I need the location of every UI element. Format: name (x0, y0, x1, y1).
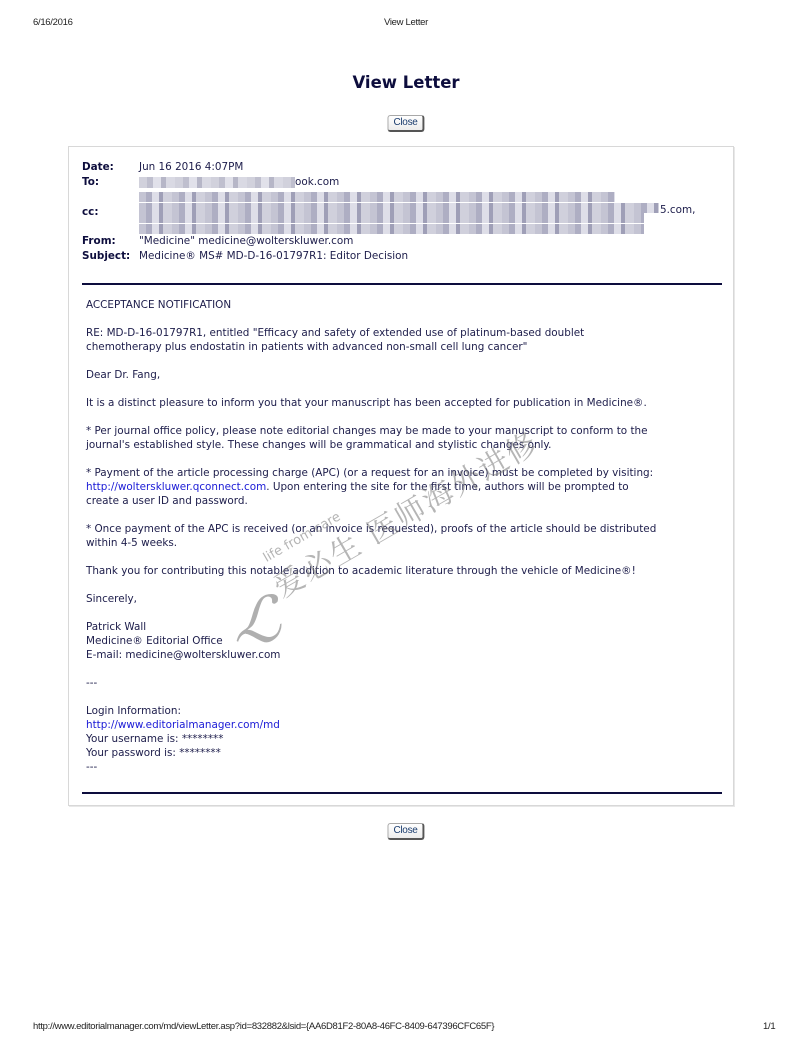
close-button-top[interactable]: Close (387, 115, 424, 132)
header-from-row: From: "Medicine" medicine@wolterskluwer.… (82, 234, 722, 249)
subject-label: Subject: (82, 249, 139, 264)
proofs-paragraph: * Once payment of the APC is received (o… (86, 522, 726, 550)
cc-value-suffix: 5.com, (660, 203, 695, 218)
login-info: Login Information: http://www.editorialm… (86, 704, 726, 774)
print-header: 6/16/2016 View Letter (0, 17, 812, 31)
header-date-row: Date: Jun 16 2016 4:07PM (82, 160, 722, 175)
separator: --- (86, 676, 726, 690)
apc-paragraph: * Payment of the article processing char… (86, 466, 726, 508)
header-divider (82, 283, 722, 285)
redacted-cc-addresses (139, 192, 659, 234)
closing: Sincerely, (86, 592, 726, 606)
footer-divider (82, 792, 722, 794)
close-button-bottom[interactable]: Close (387, 823, 424, 840)
header-subject-row: Subject: Medicine® MS# MD-D-16-01797R1: … (82, 249, 722, 264)
header-cc-row: cc: 5.com, (82, 190, 722, 234)
thanks-paragraph: Thank you for contributing this notable … (86, 564, 726, 578)
acceptance-paragraph: It is a distinct pleasure to inform you … (86, 396, 726, 410)
from-value: "Medicine" medicine@wolterskluwer.com (139, 234, 353, 249)
subject-value: Medicine® MS# MD-D-16-01797R1: Editor De… (139, 249, 408, 264)
date-value: Jun 16 2016 4:07PM (139, 160, 243, 175)
print-page-number: 1/1 (763, 1021, 775, 1032)
signer-email: E-mail: medicine@wolterskluwer.com (86, 649, 280, 661)
login-heading: Login Information: (86, 705, 181, 717)
qconnect-link[interactable]: http://wolterskluwer.qconnect.com (86, 481, 266, 493)
editorial-manager-link[interactable]: http://www.editorialmanager.com/md (86, 719, 280, 731)
print-title: View Letter (0, 17, 812, 28)
from-label: From: (82, 234, 139, 249)
acceptance-heading: ACCEPTANCE NOTIFICATION (86, 298, 726, 312)
to-label: To: (82, 175, 139, 190)
cc-label: cc: (82, 205, 139, 220)
policy-paragraph: * Per journal office policy, please note… (86, 424, 726, 452)
date-label: Date: (82, 160, 139, 175)
redacted-to-address (139, 177, 295, 188)
letter-body: ACCEPTANCE NOTIFICATION RE: MD-D-16-0179… (86, 298, 726, 774)
re-line: RE: MD-D-16-01797R1, entitled "Efficacy … (86, 326, 726, 354)
page-title: View Letter (0, 73, 812, 92)
signature: Patrick Wall Medicine® Editorial Office … (86, 620, 726, 662)
print-url: http://www.editorialmanager.com/md/viewL… (33, 1021, 494, 1032)
to-value: ook.com (139, 175, 339, 190)
signer-name: Patrick Wall (86, 621, 146, 633)
signer-office: Medicine® Editorial Office (86, 635, 223, 647)
letter-panel: Date: Jun 16 2016 4:07PM To: ook.com cc:… (68, 146, 734, 806)
username-line: Your username is: ******** (86, 733, 223, 745)
password-line: Your password is: ******** (86, 747, 221, 759)
letter-headers: Date: Jun 16 2016 4:07PM To: ook.com cc:… (82, 160, 722, 264)
separator-end: --- (86, 761, 97, 773)
salutation: Dear Dr. Fang, (86, 368, 726, 382)
to-value-suffix: ook.com (295, 176, 339, 188)
header-to-row: To: ook.com (82, 175, 722, 190)
